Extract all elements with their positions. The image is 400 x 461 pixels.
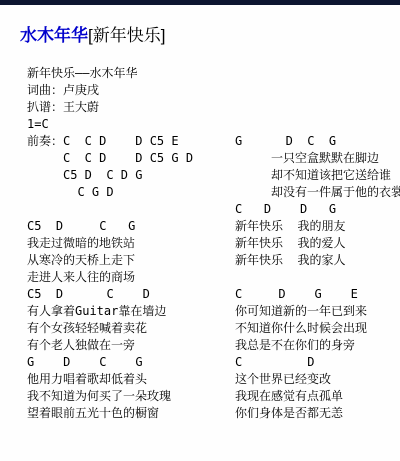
lyric-line: 从寒冷的天桥上走下: [27, 252, 235, 269]
lyric-line: 有人拿着Guitar靠在墙边: [27, 303, 235, 320]
lyric-line: 我现在感觉有点孤单: [235, 388, 400, 405]
sheet-row: 有个女孩轻轻喊着卖花 不知道你什么时候会出现: [27, 320, 400, 337]
lyric-line: 你可知道新的一年已到来: [235, 303, 400, 320]
chord-line: C5 D C G: [27, 218, 235, 235]
lyric-line: 却不知道该把它送给谁: [271, 167, 400, 184]
sheet-row: C D D G: [27, 201, 400, 218]
lyric-line: 我总是不在你们的身旁: [235, 337, 400, 354]
chord-line: C G D: [27, 184, 271, 201]
lyric-line: 这个世界已经变改: [235, 371, 400, 388]
lyric-line: 望着眼前五光十色的橱窗: [27, 405, 235, 422]
song-name-bracket: [新年快乐]: [88, 26, 165, 45]
lyric-line: 新年快乐 我的家人: [235, 252, 400, 269]
empty-cell: [235, 269, 400, 286]
sheet-row: C G D 却没有一件属于他的衣裳: [27, 184, 400, 201]
lyric-line: 走进人来人往的商场: [27, 269, 235, 286]
sheet-row: 前奏：C C D D C5 E G D C G: [27, 133, 400, 150]
chord-line: C5 D C D: [27, 286, 235, 303]
top-border-bar: [0, 0, 400, 5]
lyric-line: 新年快乐 我的爱人: [235, 235, 400, 252]
chord-line: G D C G: [235, 133, 400, 150]
chord-line: G D C G: [27, 354, 235, 371]
lyric-line: 他用力唱着歌却低着头: [27, 371, 235, 388]
sheet-row: 我走过微暗的地铁站 新年快乐 我的爱人: [27, 235, 400, 252]
composer-line: 词曲：卢庚戌: [27, 82, 400, 99]
sheet-row: C C D D C5 G D 一只空盒默默在脚边: [27, 150, 400, 167]
lyric-line: 我不知道为何买了一朵玫瑰: [27, 388, 235, 405]
lyric-line: 却没有一件属于他的衣裳: [271, 184, 400, 201]
lyric-line: 有个老人独做在一旁: [27, 337, 235, 354]
lyric-line: 不知道你什么时候会出现: [235, 320, 400, 337]
sheet-row: 从寒冷的天桥上走下 新年快乐 我的家人: [27, 252, 400, 269]
sheet-row: C5 D C D G 却不知道该把它送给谁: [27, 167, 400, 184]
lyric-line: 有个女孩轻轻喊着卖花: [27, 320, 235, 337]
song-sheet: 新年快乐——水木年华 词曲：卢庚戌 扒谱：王大蔚 1=C 前奏：C C D D …: [27, 65, 400, 422]
sheet-row: 走进人来人往的商场: [27, 269, 400, 286]
chord-line: C C D D C5 G D: [27, 150, 271, 167]
sheet-row: G D C G C D: [27, 354, 400, 371]
artist-name: 水木年华: [20, 26, 88, 45]
song-subtitle: 新年快乐——水木年华: [27, 65, 400, 82]
lyric-line: 我走过微暗的地铁站: [27, 235, 235, 252]
intro-line: 前奏：C C D D C5 E: [27, 133, 235, 150]
transcriber-line: 扒谱：王大蔚: [27, 99, 400, 116]
sheet-row: 他用力唱着歌却低着头 这个世界已经变改: [27, 371, 400, 388]
sheet-row: 有人拿着Guitar靠在墙边 你可知道新的一年已到来: [27, 303, 400, 320]
sheet-row: 望着眼前五光十色的橱窗 你们身体是否都无恙: [27, 405, 400, 422]
lyric-line: 新年快乐 我的朋友: [235, 218, 400, 235]
empty-cell: [27, 201, 235, 218]
chord-line: C D G E: [235, 286, 400, 303]
sheet-row: C5 D C D C D G E: [27, 286, 400, 303]
chord-line: C D D G: [235, 201, 400, 218]
page-title: 水木年华[新年快乐]: [20, 25, 400, 47]
key-line: 1=C: [27, 116, 400, 133]
intro-label: 前奏：: [27, 133, 63, 150]
sheet-row: C5 D C G 新年快乐 我的朋友: [27, 218, 400, 235]
lyric-line: 一只空盒默默在脚边: [271, 150, 400, 167]
sheet-row: 有个老人独做在一旁 我总是不在你们的身旁: [27, 337, 400, 354]
chord-line: C5 D C D G: [27, 167, 271, 184]
chord-line: C C D D C5 E: [63, 134, 179, 148]
chord-line: C D: [235, 354, 400, 371]
lyric-line: 你们身体是否都无恙: [235, 405, 400, 422]
sheet-row: 我不知道为何买了一朵玫瑰 我现在感觉有点孤单: [27, 388, 400, 405]
chord-lyric-sheet: 前奏：C C D D C5 E G D C G C C D D C5 G D 一…: [27, 133, 400, 422]
